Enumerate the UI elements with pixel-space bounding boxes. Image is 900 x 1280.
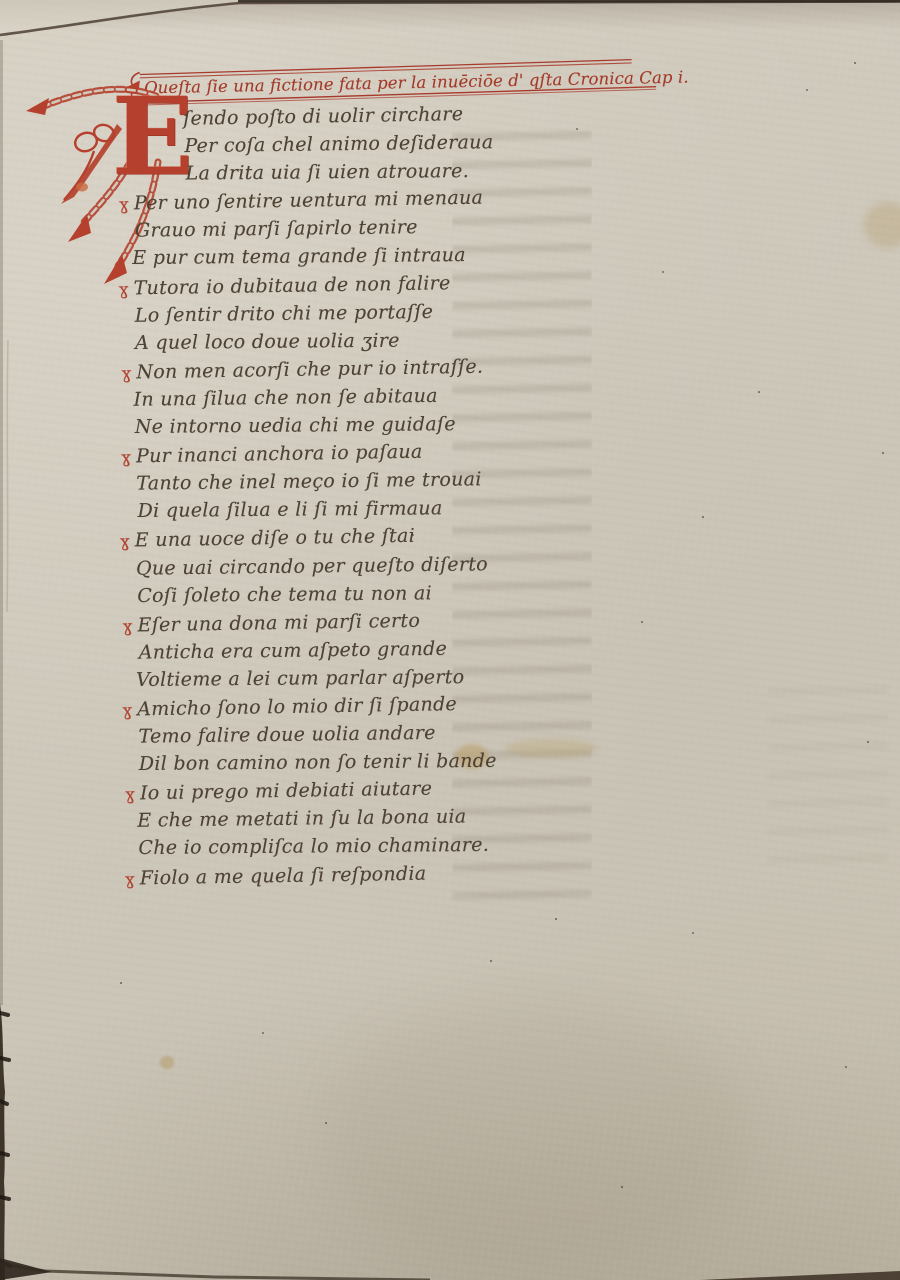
poem-line: Per coſa chel animo deſideraua bbox=[184, 128, 492, 160]
paraph-mark: ɣ bbox=[121, 359, 131, 387]
poem-line-text: Ne intorno uedia chi me guidaſe bbox=[135, 413, 456, 438]
poem-line-text: E che me metati in ſu la bona uia bbox=[137, 806, 466, 832]
ink-blot bbox=[76, 183, 88, 192]
poem-line-text: Fiolo a me quela ſi reſpondia bbox=[139, 862, 426, 889]
ink-speck bbox=[262, 1032, 264, 1034]
ink-speck bbox=[490, 960, 492, 962]
ink-speck bbox=[806, 89, 808, 91]
paraph-mark: ɣ bbox=[124, 865, 134, 893]
poem-line: Que uai circando per queſto diſerto bbox=[136, 550, 496, 583]
ink-speck bbox=[758, 391, 760, 393]
poem-line: ɣE una uoce diſe o tu che ſtai bbox=[135, 521, 495, 555]
poem-line-text: Coſi ſoleto che tema tu non ai bbox=[137, 582, 432, 607]
flourish-flame-tip bbox=[68, 214, 91, 242]
ink-speck bbox=[325, 1122, 327, 1124]
ink-speck bbox=[867, 741, 869, 743]
flourish-arrow-tip bbox=[26, 98, 49, 115]
paraph-mark: ɣ bbox=[119, 191, 129, 219]
poem-line-text: E una uoce diſe o tu che ſtai bbox=[135, 525, 416, 552]
poem-line: Grauo mi parſi ſapirlo tenire bbox=[135, 213, 492, 246]
poem-line: Che io compliſca lo mio chaminare. bbox=[138, 831, 497, 862]
poem-line: Tanto che inel meço io ſi me trouai bbox=[137, 465, 495, 498]
poem-line: Coſi ſoleto che tema tu non ai bbox=[137, 578, 496, 609]
poem-line-text: Tutora io dubitaua de non falire bbox=[133, 272, 450, 299]
poem-line-text: Pur inanci anchora io paſaua bbox=[135, 441, 422, 468]
poem-line-text: Que uai circando per queſto diſerto bbox=[136, 553, 488, 579]
poem-line-text: Tanto che inel meço io ſi me trouai bbox=[137, 469, 483, 495]
poem-line-text: Eſer una dona mi parſi certo bbox=[138, 609, 421, 636]
ink-speck bbox=[662, 271, 664, 273]
poem-line: Voltieme a lei cum parlar aſperto bbox=[136, 663, 496, 694]
ink-speck bbox=[845, 1066, 847, 1068]
poem-line-text: A quel loco doue uolia ʒire bbox=[135, 329, 400, 353]
poem-line: E pur cum tema grande ſi intraua bbox=[132, 241, 492, 272]
ink-speck bbox=[882, 452, 884, 454]
ink-speck bbox=[576, 128, 578, 130]
paper-stain bbox=[505, 739, 597, 758]
poem-line-text: Grauo mi parſi ſapirlo tenire bbox=[135, 216, 418, 242]
paper-stain bbox=[864, 202, 900, 248]
poem-line-text: Non men acorſi che pur io intraſſe. bbox=[136, 355, 483, 383]
verso-showthrough-text-right bbox=[768, 670, 888, 870]
poem-line-text: Io ui prego mi debiati aiutare bbox=[140, 778, 433, 805]
poem-text-block: ſendo poſto di uolir circharePer coſa ch… bbox=[131, 101, 498, 891]
poem-line-text: Che io compliſca lo mio chaminare. bbox=[138, 834, 489, 859]
poem-line: A quel loco doue uolia ʒire bbox=[135, 326, 493, 357]
binding-stitches bbox=[0, 1013, 10, 1266]
flourish-knot bbox=[64, 123, 116, 200]
paraph-mark: ɣ bbox=[123, 612, 133, 640]
ink-speck bbox=[854, 62, 856, 64]
poem-line-text: Dil bon camino non ſo tenir li bande bbox=[139, 750, 497, 775]
poem-line-text: ſendo poſto di uolir circhare bbox=[183, 103, 463, 130]
paper-stain bbox=[160, 1056, 174, 1069]
poem-line-text: Per coſa chel animo deſideraua bbox=[184, 131, 493, 157]
poem-line: Anticha era cum aſpeto grande bbox=[139, 634, 496, 667]
ink-speck bbox=[120, 982, 122, 984]
poem-line-text: Amicho ſono lo mio dir ſi ſpande bbox=[137, 693, 457, 720]
paraph-mark: ɣ bbox=[118, 275, 128, 303]
ink-speck bbox=[692, 932, 694, 934]
top-edge-shadow bbox=[0, 0, 900, 30]
poem-line-text: In una ſilua che non ſe abitaua bbox=[133, 385, 438, 411]
ink-speck bbox=[621, 1186, 623, 1188]
ink-speck bbox=[702, 516, 704, 518]
paraph-mark: ɣ bbox=[122, 696, 132, 724]
ink-speck bbox=[641, 621, 643, 623]
poem-line: ɣFiolo a me quela ſi reſpondia bbox=[139, 858, 498, 892]
poem-line-text: Temo falire doue uolia andare bbox=[138, 722, 435, 748]
poem-line-text: Di quela ſilua e li ſi mi firmaua bbox=[138, 498, 443, 523]
paper-shading bbox=[320, 1000, 750, 1270]
paraph-mark: ɣ bbox=[125, 781, 135, 809]
poem-line-text: Anticha era cum aſpeto grande bbox=[139, 638, 448, 664]
paraph-mark: ɣ bbox=[120, 444, 130, 472]
manuscript-page: Queſta ſie una fictione fata per la inuē… bbox=[0, 0, 900, 1280]
poem-line-text: Per uno ſentire uentura mi menaua bbox=[134, 187, 484, 215]
poem-line: Lo ſentir drito chi me portaſſe bbox=[134, 297, 493, 330]
poem-line-text: La drita uia ſi uien atrouare. bbox=[185, 160, 469, 185]
poem-line: In una ſilua che non ſe abitaua bbox=[133, 381, 493, 414]
poem-line-text: Lo ſentir drito chi me portaſſe bbox=[134, 301, 433, 327]
paraph-mark: ɣ bbox=[120, 528, 130, 556]
poem-line: Temo falire doue uolia andare bbox=[138, 718, 497, 751]
poem-line-text: E pur cum tema grande ſi intraua bbox=[132, 245, 466, 270]
ink-speck bbox=[555, 918, 557, 920]
poem-line: E che me metati in ſu la bona uia bbox=[137, 802, 497, 835]
poem-line-text: Voltieme a lei cum parlar aſperto bbox=[136, 666, 465, 691]
